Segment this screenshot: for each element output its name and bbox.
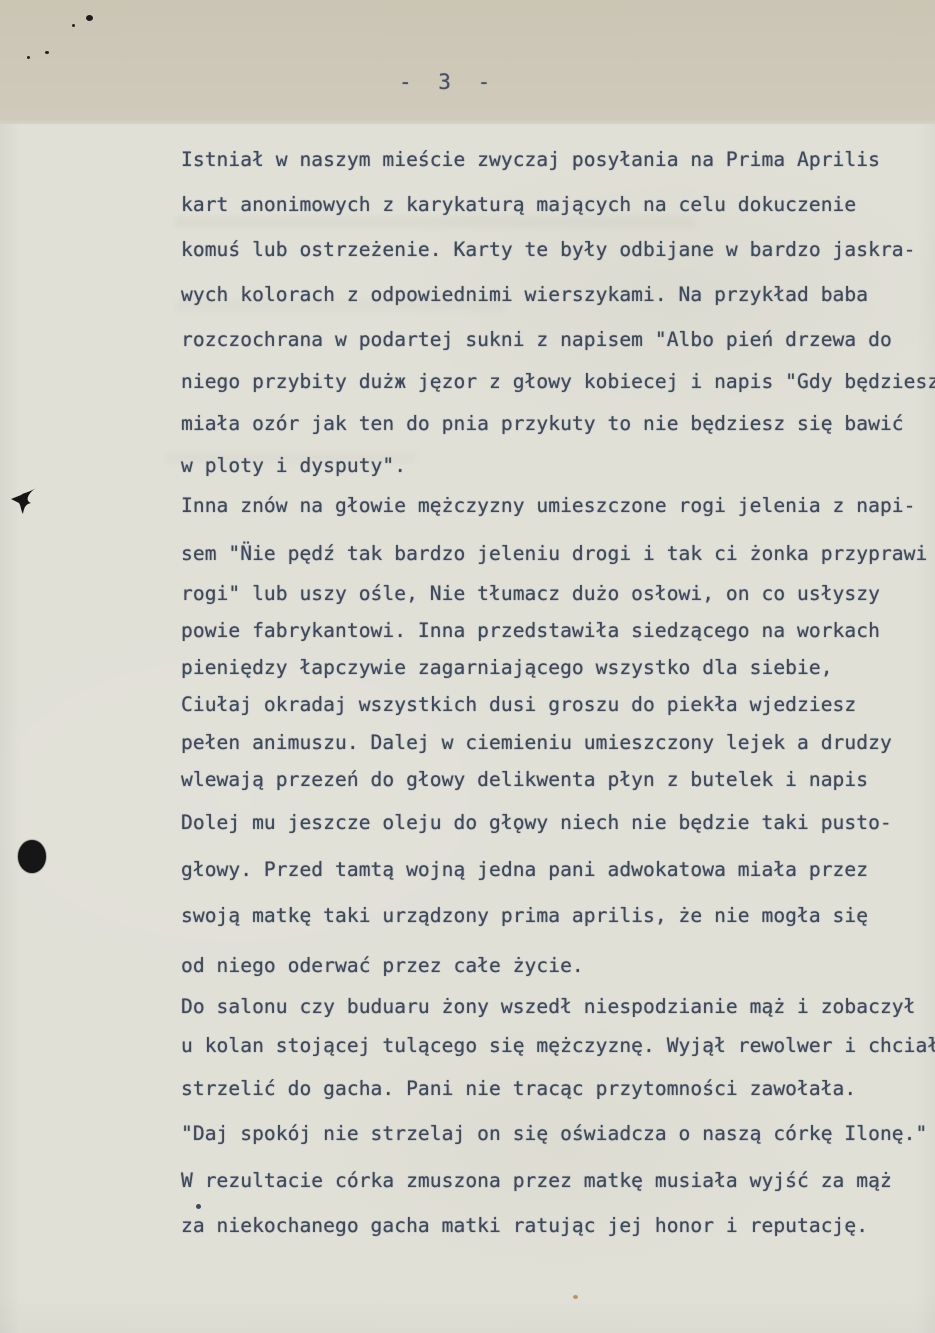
page-number: - 3 - [399,70,497,94]
text-line: komuś lub ostrzeżenie. Karty te były odb… [181,238,915,262]
text-line: w ploty i dysputy". [181,454,406,478]
text-line: od niego oderwać przez całe życie. [181,954,584,978]
ink-speck-icon [72,24,75,27]
text-line: Do salonu czy buduaru żony wszedł niespo… [181,995,915,1019]
print-ghost [175,216,695,228]
text-line: pełen animuszu. Dalej w ciemieniu umiesz… [181,731,892,755]
scan-top-band [0,0,935,124]
text-line: "Daj spokój nie strzelaj on się oświadcz… [181,1122,927,1146]
stray-period-icon [196,1204,201,1209]
text-line: swoją matkę taki urządzony prima aprilis… [181,904,868,928]
text-line: powie fabrykantowi. Inna przedstawiła si… [181,619,880,643]
scanned-page: - 3 - Istniał w naszym mieście zwyczaj p… [0,0,935,1333]
text-line: Inna znów na głowie mężczyzny umieszczon… [181,494,915,518]
text-line: głowy. Przed tamtą wojną jedna pani adwo… [181,858,868,882]
text-line: pieniędzy łapczywie zagarniającego wszys… [181,656,833,680]
text-line: sem "N̈ie pędź tak bardzo jeleniu drogi … [181,542,927,566]
ink-blot-icon [9,486,39,516]
text-line: niego przybity dużж jęzor z głowy kobiec… [181,370,935,394]
text-line: wych kolorach z odpowiednimi wierszykami… [181,283,868,307]
punch-hole-icon [18,840,46,873]
ink-speck-icon [86,15,93,21]
text-line: rogi" lub uszy ośle, Nie tłumacz dużo os… [181,582,880,606]
text-line: Dolej mu jeszcze oleju do gł̨owy niech n… [181,811,892,835]
text-line: W rezultacie córka zmuszona przez matkę … [181,1169,892,1193]
paper-speck-icon [573,1295,578,1299]
text-line: Ciułaj okradaj wszystkich dusi groszu do… [181,693,856,717]
text-line: strzelić do gacha. Pani nie tracąc przyt… [181,1077,856,1101]
text-line: kart anonimowych z karykaturą mających n… [181,193,856,217]
text-line: Istniał w naszym mieście zwyczaj posyłan… [181,148,880,172]
text-line: za niekochanego gacha matki ratując jej … [181,1214,868,1238]
ink-speck-icon [27,56,30,59]
text-line: u kolan stojącej tulącego się mężczyznę.… [181,1034,935,1058]
text-line: miała ozór jak ten do pnia przykuty to n… [181,412,904,436]
text-line: rozczochrana w podartej sukni z napisem … [181,328,892,352]
text-line: wlewają przezeń do głowy delikwenta płyn… [181,768,868,792]
ink-speck-icon [45,51,49,54]
